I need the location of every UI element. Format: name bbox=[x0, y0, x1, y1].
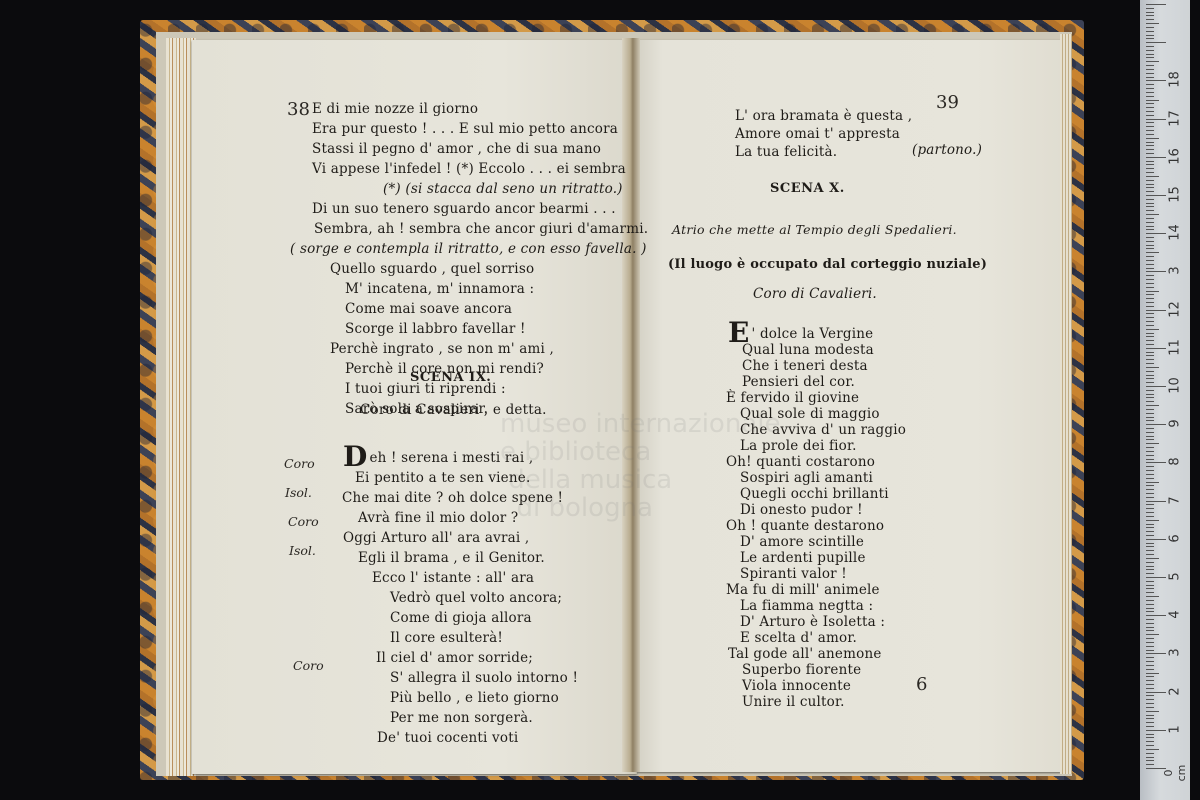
speaker-label: Coro bbox=[284, 456, 315, 471]
ruler-tick bbox=[1146, 92, 1154, 93]
chorus-verse-line: Spiranti valor ! bbox=[740, 566, 847, 582]
ruler-tick bbox=[1146, 291, 1159, 292]
chorus-verse-line: Viola innocente bbox=[742, 678, 851, 694]
scene-heading-ix: SCENA IX. bbox=[410, 370, 491, 385]
ruler-tick bbox=[1146, 321, 1154, 322]
ruler-tick bbox=[1146, 585, 1154, 586]
line-text: Ei pentito a te sen viene. bbox=[355, 470, 530, 486]
ruler-tick bbox=[1146, 661, 1154, 662]
ruler-tick bbox=[1146, 199, 1154, 200]
ruler-tick bbox=[1146, 420, 1154, 421]
speaker-label: Isol. bbox=[285, 485, 312, 500]
line-text: Ecco l' istante : all' ara bbox=[372, 570, 534, 586]
ruler-tick bbox=[1146, 558, 1159, 559]
ruler-tick bbox=[1146, 394, 1154, 395]
dialogue-line: Oggi Arturo all' ara avrai , bbox=[343, 530, 529, 546]
ruler-number: 10 bbox=[1168, 373, 1183, 399]
ruler-tick bbox=[1146, 588, 1154, 589]
setting-note: (Il luogo è occupato dal corteggio nuzia… bbox=[668, 257, 987, 272]
ruler-tick bbox=[1146, 46, 1154, 47]
ruler-tick bbox=[1146, 57, 1154, 58]
scene-heading-x: SCENA X. bbox=[770, 181, 845, 196]
chorus-verse-line: Unire il cultor. bbox=[742, 694, 845, 710]
ruler-number: 1 bbox=[1168, 716, 1183, 742]
ruler-tick bbox=[1146, 630, 1154, 631]
ruler-tick bbox=[1146, 329, 1159, 330]
ruler-tick bbox=[1146, 325, 1154, 326]
line-text: ( sorge e contempla il ritratto, e con e… bbox=[290, 241, 647, 257]
line-text: eh ! serena i mesti rai , bbox=[369, 450, 533, 466]
ruler-tick bbox=[1146, 386, 1166, 387]
ruler-tick bbox=[1146, 336, 1154, 337]
ruler-number: 11 bbox=[1168, 334, 1183, 360]
ruler-tick bbox=[1146, 172, 1154, 173]
line-text: Per me non sorgerà. bbox=[390, 710, 533, 726]
ruler-tick bbox=[1146, 546, 1154, 547]
ruler-tick bbox=[1146, 695, 1154, 696]
chorus-verse-line: La fiamma negtta : bbox=[740, 598, 873, 614]
ruler-tick bbox=[1146, 130, 1154, 131]
ruler-tick bbox=[1146, 390, 1154, 391]
line-text: Che mai dite ? oh dolce spene ! bbox=[342, 490, 563, 506]
ruler-tick bbox=[1146, 283, 1154, 284]
ruler-tick bbox=[1146, 367, 1159, 368]
ruler-tick bbox=[1146, 539, 1166, 540]
ruler-tick bbox=[1146, 180, 1154, 181]
ruler-number: 17 bbox=[1168, 105, 1183, 131]
line-text: Oggi Arturo all' ara avrai , bbox=[343, 530, 529, 546]
verse-line: Stassi il pegno d' amor , che di sua man… bbox=[312, 141, 601, 157]
signature-mark: 6 bbox=[916, 674, 927, 695]
ruler-tick bbox=[1146, 764, 1154, 765]
ruler-tick bbox=[1146, 680, 1154, 681]
ruler-tick bbox=[1146, 455, 1154, 456]
ruler-tick bbox=[1146, 12, 1154, 13]
ruler-tick bbox=[1146, 115, 1154, 116]
line-text: L' ora bramata è questa , bbox=[735, 108, 912, 124]
ruler-tick bbox=[1146, 153, 1154, 154]
ruler-tick bbox=[1146, 352, 1154, 353]
ruler-number: 3 bbox=[1168, 258, 1183, 284]
ruler-tick bbox=[1146, 382, 1154, 383]
ruler-number: 15 bbox=[1168, 182, 1183, 208]
book-gutter bbox=[622, 38, 640, 772]
scene-subheading-ix: Coro di Cavalieri , e detta. bbox=[360, 402, 547, 418]
ruler-tick bbox=[1146, 145, 1154, 146]
verse-line: M' incatena, m' innamora : bbox=[345, 281, 534, 297]
ruler-tick bbox=[1146, 489, 1154, 490]
ruler-tick bbox=[1146, 581, 1154, 582]
drop-capital: D bbox=[343, 440, 367, 473]
ruler-tick bbox=[1146, 176, 1159, 177]
ruler-tick bbox=[1146, 19, 1154, 20]
ruler-tick bbox=[1146, 359, 1154, 360]
ruler-tick bbox=[1146, 543, 1154, 544]
ruler-tick bbox=[1146, 673, 1159, 674]
ruler-tick bbox=[1146, 642, 1154, 643]
ruler-tick bbox=[1146, 340, 1154, 341]
ruler-tick bbox=[1146, 470, 1154, 471]
ruler-tick bbox=[1146, 375, 1154, 376]
ruler-tick bbox=[1146, 524, 1154, 525]
verse-line: Perchè ingrato , se non m' ami , bbox=[330, 341, 554, 357]
line-text: Oh! quanti costarono bbox=[726, 454, 875, 470]
ruler-tick bbox=[1146, 734, 1154, 735]
ruler-tick bbox=[1146, 401, 1154, 402]
ruler-tick bbox=[1146, 38, 1154, 39]
line-text: È fervido il giovine bbox=[726, 390, 859, 406]
chorus-verse-line: Oh ! quante destarono bbox=[726, 518, 884, 534]
ruler-tick bbox=[1146, 703, 1154, 704]
line-text: Quegli occhi brillanti bbox=[740, 486, 889, 502]
ruler-tick bbox=[1146, 665, 1154, 666]
ruler-tick bbox=[1146, 531, 1154, 532]
chorus-verse-line: È fervido il giovine bbox=[726, 390, 859, 406]
line-text: La tua felicità. bbox=[735, 144, 837, 160]
line-text: (*) (si stacca dal seno un ritratto.) bbox=[383, 181, 623, 197]
ruler-tick bbox=[1146, 615, 1166, 616]
line-text: Qual sole di maggio bbox=[740, 406, 880, 422]
ruler-tick bbox=[1146, 203, 1154, 204]
line-text: Viola innocente bbox=[742, 678, 851, 694]
verse-line: Era pur questo ! . . . E sul mio petto a… bbox=[312, 121, 618, 137]
ruler-tick bbox=[1146, 241, 1154, 242]
ruler-tick bbox=[1146, 222, 1154, 223]
line-text: S' allegra il suolo intorno ! bbox=[390, 670, 578, 686]
ruler-tick bbox=[1146, 119, 1166, 120]
ruler-tick bbox=[1146, 142, 1154, 143]
dialogue-line: Più bello , e lieto giorno bbox=[390, 690, 559, 706]
dialogue-line: Avrà fine il mio dolor ? bbox=[358, 510, 518, 526]
dialogue-line: Che mai dite ? oh dolce spene ! bbox=[342, 490, 563, 506]
ruler-tick bbox=[1146, 4, 1166, 5]
line-text: Spiranti valor ! bbox=[740, 566, 847, 582]
ruler-tick bbox=[1146, 478, 1154, 479]
line-text: Più bello , e lieto giorno bbox=[390, 690, 559, 706]
chorus-verse-line: Superbo fiorente bbox=[742, 662, 861, 678]
ruler-tick bbox=[1146, 726, 1154, 727]
ruler-tick bbox=[1146, 566, 1154, 567]
ruler-tick bbox=[1146, 653, 1166, 654]
chorus-verse-line: Sospiri agli amanti bbox=[740, 470, 873, 486]
ruler-tick bbox=[1146, 218, 1154, 219]
ruler-tick bbox=[1146, 298, 1154, 299]
line-text: Di onesto pudor ! bbox=[740, 502, 863, 518]
ruler-tick bbox=[1146, 669, 1154, 670]
line-text: Scorge il labbro favellar ! bbox=[345, 321, 526, 337]
ruler-tick bbox=[1146, 256, 1154, 257]
ruler-tick bbox=[1146, 722, 1154, 723]
ruler-tick bbox=[1146, 749, 1159, 750]
speaker-label: Coro bbox=[288, 514, 319, 529]
ruler-tick bbox=[1146, 397, 1154, 398]
ruler-tick bbox=[1146, 623, 1154, 624]
measurement-ruler: 0 cm12345678910111231415161718 bbox=[1140, 0, 1190, 800]
line-text: De' tuoi cocenti voti bbox=[377, 730, 518, 746]
ruler-tick bbox=[1146, 260, 1154, 261]
dialogue-line: Ei pentito a te sen viene. bbox=[355, 470, 530, 486]
ruler-tick bbox=[1146, 23, 1159, 24]
ruler-tick bbox=[1146, 436, 1154, 437]
speaker-label: Coro bbox=[293, 658, 324, 673]
ruler-tick bbox=[1146, 275, 1154, 276]
chorus-verse-line: E' dolce la Vergine bbox=[728, 326, 873, 342]
ruler-tick bbox=[1146, 80, 1166, 81]
line-text: Unire il cultor. bbox=[742, 694, 845, 710]
line-text: Avrà fine il mio dolor ? bbox=[358, 510, 518, 526]
ruler-tick bbox=[1146, 745, 1154, 746]
ruler-tick bbox=[1146, 569, 1154, 570]
ruler-tick bbox=[1146, 638, 1154, 639]
ruler-tick bbox=[1146, 187, 1154, 188]
stage-direction: (partono.) bbox=[912, 142, 982, 158]
ruler-tick bbox=[1146, 596, 1159, 597]
ruler-tick bbox=[1146, 214, 1159, 215]
chorus-verse-line: La prole dei fior. bbox=[740, 438, 857, 454]
line-text: M' incatena, m' innamora : bbox=[345, 281, 534, 297]
ruler-tick bbox=[1146, 413, 1154, 414]
ruler-number: 5 bbox=[1168, 564, 1183, 590]
chorus-verse-line: Le ardenti pupille bbox=[740, 550, 866, 566]
ruler-tick bbox=[1146, 317, 1154, 318]
ruler-tick bbox=[1146, 409, 1154, 410]
line-text: Come di gioja allora bbox=[390, 610, 532, 626]
ruler-tick bbox=[1146, 111, 1154, 112]
line-text: Perchè ingrato , se non m' ami , bbox=[330, 341, 554, 357]
verse-line: Quello sguardo , quel sorriso bbox=[330, 261, 534, 277]
ruler-tick bbox=[1146, 237, 1154, 238]
dialogue-line: Deh ! serena i mesti rai , bbox=[343, 450, 533, 466]
line-text: Che i teneri desta bbox=[742, 358, 868, 374]
verse-line: ( sorge e contempla il ritratto, e con e… bbox=[290, 241, 647, 257]
ruler-tick bbox=[1146, 134, 1154, 135]
dialogue-line: Ecco l' istante : all' ara bbox=[372, 570, 534, 586]
ruler-tick bbox=[1146, 84, 1154, 85]
ruler-tick bbox=[1146, 229, 1154, 230]
ruler-tick bbox=[1146, 573, 1154, 574]
line-text: Era pur questo ! . . . E sul mio petto a… bbox=[312, 121, 618, 137]
chorus-verse-line: Ma fu di mill' animele bbox=[726, 582, 880, 598]
ruler-tick bbox=[1146, 634, 1159, 635]
line-text: Vedrò quel volto ancora; bbox=[390, 590, 562, 606]
ruler-tick bbox=[1146, 264, 1154, 265]
ruler-number: 6 bbox=[1168, 525, 1183, 551]
ruler-tick bbox=[1146, 527, 1154, 528]
chorus-verse-line: Qual sole di maggio bbox=[740, 406, 880, 422]
ruler-tick bbox=[1146, 737, 1154, 738]
ruler-tick bbox=[1146, 405, 1159, 406]
line-text: La fiamma negtta : bbox=[740, 598, 873, 614]
ruler-tick bbox=[1146, 676, 1154, 677]
ruler-tick bbox=[1146, 760, 1154, 761]
ruler-tick bbox=[1146, 711, 1159, 712]
ruler-tick bbox=[1146, 287, 1154, 288]
chorus-verse-line: D' Arturo è Isoletta : bbox=[740, 614, 885, 630]
ruler-tick bbox=[1146, 268, 1154, 269]
line-text: La prole dei fior. bbox=[740, 438, 857, 454]
ruler-tick bbox=[1146, 77, 1154, 78]
ruler-tick bbox=[1146, 161, 1154, 162]
ruler-tick bbox=[1146, 348, 1166, 349]
ruler-number: 16 bbox=[1168, 143, 1183, 169]
ruler-tick bbox=[1146, 650, 1154, 651]
line-text: Oh ! quante destarono bbox=[726, 518, 884, 534]
line-text: Il ciel d' amor sorride; bbox=[376, 650, 533, 666]
ruler-tick bbox=[1146, 157, 1166, 158]
ruler-tick bbox=[1146, 432, 1154, 433]
ruler-number: 9 bbox=[1168, 411, 1183, 437]
ruler-tick bbox=[1146, 627, 1154, 628]
verse-line: Di un suo tenero sguardo ancor bearmi . … bbox=[312, 201, 616, 217]
ruler-tick bbox=[1146, 741, 1154, 742]
ruler-tick bbox=[1146, 344, 1154, 345]
chorus-verse-line: Di onesto pudor ! bbox=[740, 502, 863, 518]
ruler-tick bbox=[1146, 27, 1154, 28]
right-page-edges bbox=[1060, 34, 1072, 774]
ruler-tick bbox=[1146, 306, 1154, 307]
dialogue-line: Il core esulterà! bbox=[390, 630, 503, 646]
speaker-label: Isol. bbox=[289, 543, 316, 558]
line-text: Pensieri del cor. bbox=[742, 374, 855, 390]
ruler-tick bbox=[1146, 302, 1154, 303]
ruler-tick bbox=[1146, 88, 1154, 89]
ruler-number: 14 bbox=[1168, 220, 1183, 246]
ruler-tick bbox=[1146, 310, 1166, 311]
ruler-tick bbox=[1146, 757, 1154, 758]
ruler-tick bbox=[1146, 619, 1154, 620]
ruler-tick bbox=[1146, 69, 1154, 70]
verse-line: La tua felicità. bbox=[735, 144, 837, 160]
chorus-heading: Coro di Cavalieri. bbox=[753, 286, 877, 302]
ruler-tick bbox=[1146, 608, 1154, 609]
chorus-verse-line: Quegli occhi brillanti bbox=[740, 486, 889, 502]
line-text: Che avviva d' un raggio bbox=[740, 422, 906, 438]
ruler-tick bbox=[1146, 707, 1154, 708]
chorus-verse-line: Pensieri del cor. bbox=[742, 374, 855, 390]
ruler-tick bbox=[1146, 604, 1154, 605]
ruler-tick bbox=[1146, 718, 1154, 719]
page-number-left: 38 bbox=[287, 99, 310, 120]
ruler-tick bbox=[1146, 210, 1154, 211]
ruler-tick bbox=[1146, 715, 1154, 716]
ruler-tick bbox=[1146, 248, 1154, 249]
ruler-tick bbox=[1146, 15, 1154, 16]
ruler-number: 2 bbox=[1168, 678, 1183, 704]
ruler-tick bbox=[1146, 493, 1154, 494]
ruler-tick bbox=[1146, 73, 1154, 74]
line-text: Tal gode all' anemone bbox=[728, 646, 882, 662]
dialogue-line: De' tuoi cocenti voti bbox=[377, 730, 518, 746]
ruler-tick bbox=[1146, 100, 1159, 101]
ruler-tick bbox=[1146, 65, 1154, 66]
ruler-tick bbox=[1146, 443, 1159, 444]
ruler-tick bbox=[1146, 245, 1154, 246]
ruler-tick bbox=[1146, 279, 1154, 280]
ruler-tick bbox=[1146, 508, 1154, 509]
ruler-tick bbox=[1146, 684, 1154, 685]
ruler-tick bbox=[1146, 482, 1159, 483]
ruler-number: 18 bbox=[1168, 67, 1183, 93]
ruler-tick bbox=[1146, 439, 1154, 440]
chorus-verse-line: E scelta d' amor. bbox=[740, 630, 857, 646]
ruler-tick bbox=[1146, 96, 1154, 97]
ruler-tick bbox=[1146, 164, 1154, 165]
ruler-tick bbox=[1146, 195, 1166, 196]
ruler-tick bbox=[1146, 459, 1154, 460]
ruler-tick bbox=[1146, 699, 1154, 700]
ruler-tick bbox=[1146, 550, 1154, 551]
chorus-verse-line: Che i teneri desta bbox=[742, 358, 868, 374]
ruler-tick bbox=[1146, 611, 1154, 612]
ruler-tick bbox=[1146, 753, 1154, 754]
verse-line: Sembra, ah ! sembra che ancor giuri d'am… bbox=[314, 221, 648, 237]
ruler-tick bbox=[1146, 600, 1154, 601]
ruler-tick bbox=[1146, 103, 1154, 104]
ruler-tick bbox=[1146, 313, 1154, 314]
ruler-tick bbox=[1146, 730, 1166, 731]
ruler-tick bbox=[1146, 226, 1154, 227]
ruler-tick bbox=[1146, 54, 1154, 55]
page-number-right: 39 bbox=[936, 92, 959, 113]
ruler-tick bbox=[1146, 371, 1154, 372]
dialogue-line: Vedrò quel volto ancora; bbox=[390, 590, 562, 606]
ruler-tick bbox=[1146, 577, 1166, 578]
line-text: Il core esulterà! bbox=[390, 630, 503, 646]
ruler-tick bbox=[1146, 428, 1154, 429]
dialogue-line: Come di gioja allora bbox=[390, 610, 532, 626]
ruler-tick bbox=[1146, 252, 1159, 253]
ruler-tick bbox=[1146, 688, 1154, 689]
verse-line: E di mie nozze il giorno bbox=[312, 101, 478, 117]
line-text: E di mie nozze il giorno bbox=[312, 101, 478, 117]
line-text: ' dolce la Vergine bbox=[752, 326, 874, 342]
dialogue-line: Il ciel d' amor sorride; bbox=[376, 650, 533, 666]
ruler-tick bbox=[1146, 363, 1154, 364]
verse-line: (*) (si stacca dal seno un ritratto.) bbox=[383, 181, 623, 197]
ruler-tick bbox=[1146, 42, 1166, 43]
ruler-tick bbox=[1146, 562, 1154, 563]
ruler-tick bbox=[1146, 516, 1154, 517]
ruler-tick bbox=[1146, 504, 1154, 505]
dialogue-line: Per me non sorgerà. bbox=[390, 710, 533, 726]
ruler-tick bbox=[1146, 378, 1154, 379]
line-text: Come mai soave ancora bbox=[345, 301, 512, 317]
line-text: Quello sguardo , quel sorriso bbox=[330, 261, 534, 277]
chorus-verse-line: Oh! quanti costarono bbox=[726, 454, 875, 470]
ruler-tick bbox=[1146, 692, 1166, 693]
line-text: Di un suo tenero sguardo ancor bearmi . … bbox=[312, 201, 616, 217]
ruler-tick bbox=[1146, 138, 1159, 139]
dialogue-line: Egli il brama , e il Genitor. bbox=[358, 550, 545, 566]
ruler-tick bbox=[1146, 31, 1154, 32]
line-text: D' Arturo è Isoletta : bbox=[740, 614, 885, 630]
ruler-tick bbox=[1146, 554, 1154, 555]
ruler-tick bbox=[1146, 333, 1154, 334]
line-text: D' amore scintille bbox=[740, 534, 864, 550]
ruler-tick bbox=[1146, 462, 1166, 463]
ruler-tick bbox=[1146, 206, 1154, 207]
ruler-tick bbox=[1146, 149, 1154, 150]
line-text: Ma fu di mill' animele bbox=[726, 582, 880, 598]
line-text: Amore omai t' appresta bbox=[735, 126, 900, 142]
ruler-tick bbox=[1146, 535, 1154, 536]
ruler-tick bbox=[1146, 646, 1154, 647]
chorus-verse-line: D' amore scintille bbox=[740, 534, 864, 550]
line-text: Egli il brama , e il Genitor. bbox=[358, 550, 545, 566]
verse-line: Vi appese l'infedel ! (*) Eccolo . . . e… bbox=[312, 161, 626, 177]
line-text: Superbo fiorente bbox=[742, 662, 861, 678]
ruler-unit-label: 0 cm bbox=[1162, 760, 1188, 786]
